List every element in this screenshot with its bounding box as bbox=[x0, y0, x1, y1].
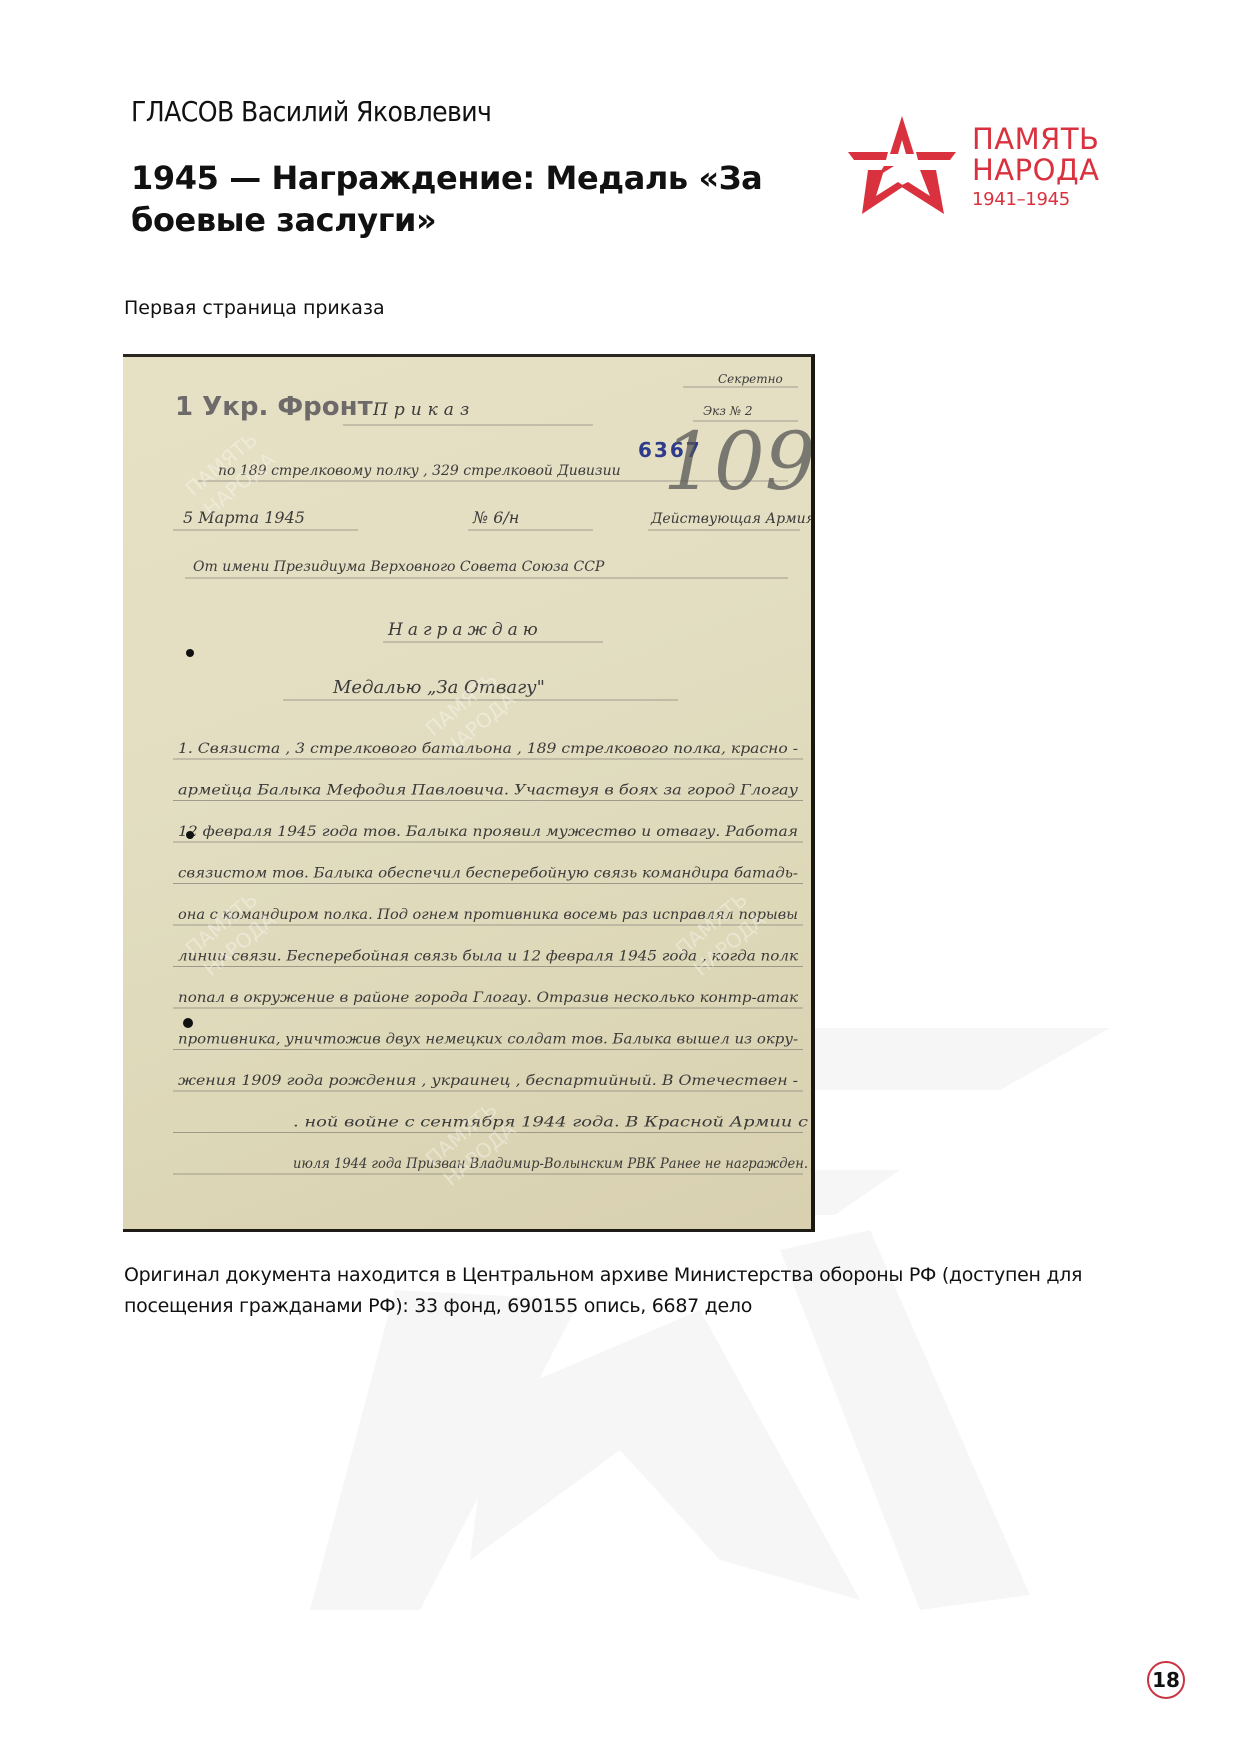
page-number: 18 bbox=[1147, 1661, 1185, 1699]
order-body-line: попал в окружение в районе города Глогау… bbox=[178, 990, 799, 1006]
order-location: Действующая Армия bbox=[650, 511, 815, 527]
archive-note: Оригинал документа находится в Центральн… bbox=[124, 1260, 1104, 1322]
order-body-line: противника, уничтожив двух немецких солд… bbox=[178, 1032, 798, 1048]
order-body-line: армейца Балыка Мефодия Павловича. Участв… bbox=[178, 783, 798, 799]
logo-text: ПАМЯТЬ НАРОДА 1941–1945 bbox=[972, 124, 1099, 214]
pamyat-naroda-logo[interactable]: ПАМЯТЬ НАРОДА 1941–1945 bbox=[848, 114, 1118, 218]
order-number: № 6/н bbox=[472, 508, 519, 527]
order-body-line: 1. Связиста , 3 стрелкового батальона , … bbox=[178, 741, 798, 757]
order-date: 5 Марта 1945 bbox=[183, 508, 305, 527]
award-title: 1945 — Награждение: Медаль «За боевые за… bbox=[131, 157, 771, 241]
scanned-order-content: 1 Укр. Фронт Приказ Секретно Экз № 2 636… bbox=[123, 357, 815, 1232]
handwritten-number: 109 bbox=[663, 415, 815, 508]
logo-years: 1941–1945 bbox=[972, 186, 1099, 214]
order-body-line: жения 1909 года рождения , украинец , бе… bbox=[178, 1073, 799, 1089]
order-body-line: связистом тов. Балыка обеспечил беспереб… bbox=[178, 866, 798, 882]
order-body-line: июля 1944 года Призван Владимир-Волынски… bbox=[293, 1156, 808, 1172]
secret-mark: Секретно bbox=[718, 372, 783, 386]
stamp-header: 1 Укр. Фронт bbox=[175, 392, 373, 422]
award-verb-line: Награждаю bbox=[387, 620, 543, 640]
logo-line-1: ПАМЯТЬ bbox=[972, 124, 1099, 155]
medal-line: Медалью „За Отвагу" bbox=[332, 677, 545, 698]
presidium-line: От имени Президиума Верховного Совета Со… bbox=[193, 559, 605, 575]
order-heading: Приказ bbox=[372, 400, 475, 420]
order-body-line: . ной войне с сентября 1944 года. В Крас… bbox=[293, 1115, 809, 1131]
order-body-line: 12 февраля 1945 года тов. Балыка проявил… bbox=[178, 824, 798, 840]
red-star-icon bbox=[848, 114, 958, 218]
scanned-order-image: 1 Укр. Фронт Приказ Секретно Экз № 2 636… bbox=[123, 354, 815, 1232]
person-name: ГЛАСОВ Василий Яковлевич bbox=[131, 95, 491, 128]
logo-line-2: НАРОДА bbox=[972, 155, 1099, 186]
document-caption: Первая страница приказа bbox=[124, 297, 385, 319]
